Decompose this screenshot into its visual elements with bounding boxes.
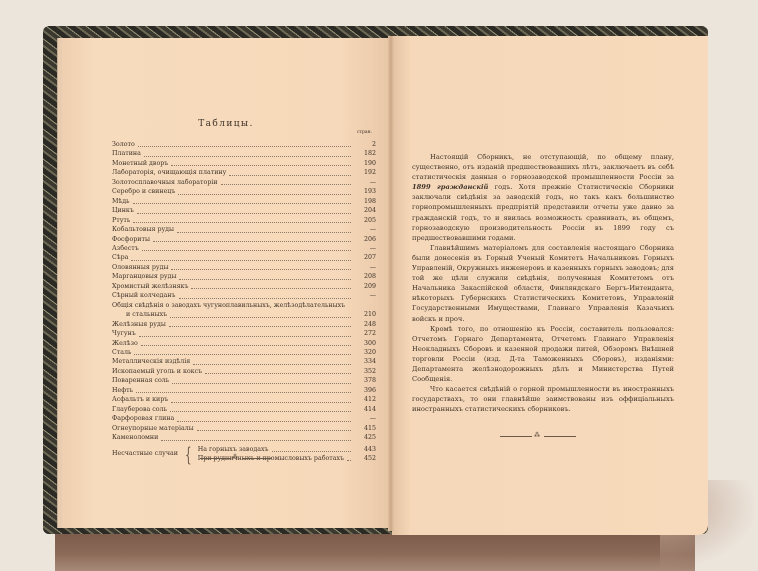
toc-entry: Сѣра207 bbox=[112, 253, 376, 262]
toc-entry-label: Каменоломни bbox=[112, 433, 158, 442]
toc-entry: Общія свѣдѣнія о заводахъ чугуноплавильн… bbox=[112, 301, 376, 310]
toc-group-label: Несчастные случаи bbox=[112, 449, 182, 458]
toc-entry: Сѣрный колчеданъ— bbox=[112, 291, 376, 300]
emphasized-year: 1899 гражданскій bbox=[412, 183, 488, 191]
dot-leader bbox=[179, 298, 351, 299]
toc-entry: Желѣзныя руды248 bbox=[112, 320, 376, 329]
ornament-rule-left-2 bbox=[242, 458, 272, 459]
toc-entry-label: Ртуть bbox=[112, 216, 130, 225]
dot-leader bbox=[193, 364, 351, 365]
table-of-contents: Золото2Платина182Монетный дворъ190Лабора… bbox=[112, 140, 376, 463]
toc-entry-label: Золото bbox=[112, 140, 135, 149]
toc-entry-page: 192 bbox=[354, 168, 376, 177]
toc-entry: Оловянныя руды— bbox=[112, 263, 376, 272]
toc-entry-label: Платина bbox=[112, 149, 141, 158]
toc-entry-page: — bbox=[354, 291, 376, 300]
toc-entry: Лабораторія, очищающія платину192 bbox=[112, 168, 376, 177]
toc-entry-label: Глауберова соль bbox=[112, 405, 167, 414]
toc-entry-page: 2 bbox=[354, 140, 376, 149]
dot-leader bbox=[133, 222, 351, 223]
dot-leader bbox=[170, 411, 351, 412]
toc-entry-label: Общія свѣдѣнія о заводахъ чугуноплавильн… bbox=[112, 301, 345, 310]
toc-entry: и стальныхъ210 bbox=[112, 310, 376, 319]
toc-entry: Кобальтовыя руды— bbox=[112, 225, 376, 234]
dot-leader bbox=[272, 451, 351, 452]
toc-entry-page: 425 bbox=[354, 433, 376, 442]
toc-entry-page: 204 bbox=[354, 206, 376, 215]
preface-paragraph: Главнѣйшимъ матеріаломъ для составленія … bbox=[412, 243, 674, 324]
toc-entry-label: Золотосплавочныя лабораторіи bbox=[112, 178, 218, 187]
dot-leader bbox=[161, 440, 351, 441]
toc-entry: Платина182 bbox=[112, 149, 376, 158]
dot-leader bbox=[205, 373, 351, 374]
toc-entry-label: Ископаемый уголь и коксъ bbox=[112, 367, 202, 376]
dot-leader bbox=[179, 279, 351, 280]
dot-leader bbox=[229, 175, 351, 176]
dot-leader bbox=[221, 184, 351, 185]
toc-entry-label: Кобальтовыя руды bbox=[112, 225, 174, 234]
dot-leader bbox=[131, 260, 351, 261]
dot-leader bbox=[141, 345, 351, 346]
toc-entry-label: Асфальтъ и киръ bbox=[112, 395, 168, 404]
toc-entry: Золотосплавочныя лабораторіи— bbox=[112, 178, 376, 187]
toc-entry: Марганцовыя руды208 bbox=[112, 272, 376, 281]
dot-leader bbox=[142, 250, 351, 251]
toc-entry-page: 206 bbox=[354, 235, 376, 244]
toc-entry-page: 205 bbox=[354, 216, 376, 225]
toc-entry-page: 182 bbox=[354, 149, 376, 158]
toc-entry-label: Марганцовыя руды bbox=[112, 272, 176, 281]
toc-entry-label: Чугунъ bbox=[112, 329, 136, 338]
toc-entry: Золото2 bbox=[112, 140, 376, 149]
toc-entry-label: Мѣдь bbox=[112, 197, 130, 206]
toc-entry-label: и стальныхъ bbox=[126, 310, 167, 319]
toc-entry-label: Сѣрный колчеданъ bbox=[112, 291, 176, 300]
toc-entry-label: Фосфориты bbox=[112, 235, 150, 244]
toc-entry-label: Желѣзо bbox=[112, 339, 138, 348]
toc-entry-page: — bbox=[354, 178, 376, 187]
dot-leader bbox=[171, 269, 351, 270]
dot-leader bbox=[172, 383, 351, 384]
toc-entry-page: 320 bbox=[354, 348, 376, 357]
toc-entry-label: Цинкъ bbox=[112, 206, 134, 215]
dot-leader bbox=[134, 354, 351, 355]
toc-entry-label: Серебро и свинецъ bbox=[112, 187, 175, 196]
toc-entry-page: 443 bbox=[354, 445, 376, 454]
toc-entry: Глауберова соль414 bbox=[112, 405, 376, 414]
dot-leader bbox=[133, 203, 351, 204]
brace-icon: { bbox=[185, 445, 191, 463]
toc-accidents-group: Несчастные случаи{На горныхъ заводахъ443… bbox=[112, 445, 376, 464]
toc-entry: Нефть396 bbox=[112, 386, 376, 395]
toc-entry: Монетный дворъ190 bbox=[112, 159, 376, 168]
toc-entry-page: 300 bbox=[354, 339, 376, 348]
toc-entry-page: 210 bbox=[354, 310, 376, 319]
toc-entry-page: — bbox=[354, 244, 376, 253]
toc-entry-label: Сѣра bbox=[112, 253, 128, 262]
dot-leader bbox=[177, 232, 351, 233]
ornament-left-page: ⁂ bbox=[232, 454, 238, 461]
dot-leader bbox=[139, 336, 351, 337]
preface-paragraph: Кромѣ того, по отношенію къ Россіи, сост… bbox=[412, 324, 674, 385]
toc-entry-label: Нефть bbox=[112, 386, 133, 395]
toc-entry-page: 452 bbox=[354, 454, 376, 463]
toc-entry-label: Поваренная соль bbox=[112, 376, 169, 385]
toc-entry-label: Оловянныя руды bbox=[112, 263, 168, 272]
dot-leader bbox=[171, 402, 351, 403]
toc-title: Таблицы. bbox=[62, 119, 390, 129]
toc-entry: Ископаемый уголь и коксъ352 bbox=[112, 367, 376, 376]
toc-entry: Цинкъ204 bbox=[112, 206, 376, 215]
toc-entry-page: 248 bbox=[354, 320, 376, 329]
toc-entry-label: Огнеупорные матеріалы bbox=[112, 424, 194, 433]
toc-entry: Азбестъ— bbox=[112, 244, 376, 253]
ornament-right-page: ⁂ bbox=[534, 432, 540, 439]
toc-entry: Фарфоровая глина— bbox=[112, 414, 376, 423]
toc-entry-label: На горныхъ заводахъ bbox=[198, 445, 269, 454]
book-spine-gutter bbox=[388, 36, 394, 531]
dot-leader bbox=[136, 392, 351, 393]
toc-entry-page: — bbox=[354, 414, 376, 423]
toc-entry-page: 190 bbox=[354, 159, 376, 168]
toc-entry: Мѣдь198 bbox=[112, 197, 376, 206]
preface-paragraph: Что касается свѣдѣній о горной промышлен… bbox=[412, 384, 674, 414]
toc-entry: Хромистый желѣзнякъ209 bbox=[112, 282, 376, 291]
toc-entry-label: Фарфоровая глина bbox=[112, 414, 174, 423]
toc-entry-label: Монетный дворъ bbox=[112, 159, 168, 168]
toc-entry-label: Хромистый желѣзнякъ bbox=[112, 282, 188, 291]
dot-leader bbox=[170, 317, 351, 318]
toc-entry: Желѣзо300 bbox=[112, 339, 376, 348]
toc-entry-page: 414 bbox=[354, 405, 376, 414]
toc-entry: Металлическія издѣлія334 bbox=[112, 357, 376, 366]
toc-entry-page: 415 bbox=[354, 424, 376, 433]
toc-entry-page: 352 bbox=[354, 367, 376, 376]
dot-leader bbox=[191, 288, 351, 289]
toc-entry-page: 209 bbox=[354, 282, 376, 291]
paragraph-text: Настоящій Сборникъ, не отступающій, по о… bbox=[412, 153, 674, 181]
toc-entry-page: 193 bbox=[354, 187, 376, 196]
toc-entry-page: — bbox=[354, 225, 376, 234]
toc-entry-page: 207 bbox=[354, 253, 376, 262]
toc-entry: Фосфориты206 bbox=[112, 235, 376, 244]
toc-page-column-header: стран. bbox=[357, 130, 372, 135]
toc-entry-page: 272 bbox=[354, 329, 376, 338]
toc-entry-page: 334 bbox=[354, 357, 376, 366]
toc-entry-page: 412 bbox=[354, 395, 376, 404]
ornament-rule-right bbox=[500, 436, 532, 437]
ornament-rule-left bbox=[200, 458, 230, 459]
dot-leader bbox=[138, 146, 351, 147]
toc-entry-label: Азбестъ bbox=[112, 244, 139, 253]
toc-entry-label: Лабораторія, очищающія платину bbox=[112, 168, 226, 177]
toc-entry: Серебро и свинецъ193 bbox=[112, 187, 376, 196]
dot-leader bbox=[177, 421, 351, 422]
dot-leader bbox=[144, 156, 351, 157]
preface-paragraph: Настоящій Сборникъ, не отступающій, по о… bbox=[412, 152, 674, 243]
toc-entry: Чугунъ272 bbox=[112, 329, 376, 338]
toc-entry: Огнеупорные матеріалы415 bbox=[112, 424, 376, 433]
toc-entry-label: Желѣзныя руды bbox=[112, 320, 166, 329]
dot-leader bbox=[137, 213, 351, 214]
toc-entry: Асфальтъ и киръ412 bbox=[112, 395, 376, 404]
dot-leader bbox=[153, 241, 351, 242]
toc-entry: Каменоломни425 bbox=[112, 433, 376, 442]
paragraph-text: годъ. Хотя прежніе Статистическіе Сборни… bbox=[412, 183, 674, 241]
preface-text: Настоящій Сборникъ, не отступающій, по о… bbox=[412, 152, 674, 414]
toc-entry: Сталь320 bbox=[112, 348, 376, 357]
dot-leader bbox=[197, 430, 351, 431]
dot-leader bbox=[171, 165, 351, 166]
toc-entry: Поваренная соль378 bbox=[112, 376, 376, 385]
dot-leader bbox=[347, 460, 351, 461]
toc-entry-label: Металлическія издѣлія bbox=[112, 357, 190, 366]
toc-entry-label: Сталь bbox=[112, 348, 131, 357]
toc-entry: Ртуть205 bbox=[112, 216, 376, 225]
toc-entry-page: 378 bbox=[354, 376, 376, 385]
toc-entry: На горныхъ заводахъ443 bbox=[198, 445, 376, 454]
toc-entry-page: — bbox=[354, 263, 376, 272]
toc-entry-page: 208 bbox=[354, 272, 376, 281]
toc-entry-page: 198 bbox=[354, 197, 376, 206]
ornament-rule-right-2 bbox=[544, 436, 576, 437]
dot-leader bbox=[178, 194, 351, 195]
toc-entry-page: 396 bbox=[354, 386, 376, 395]
dot-leader bbox=[169, 326, 351, 327]
